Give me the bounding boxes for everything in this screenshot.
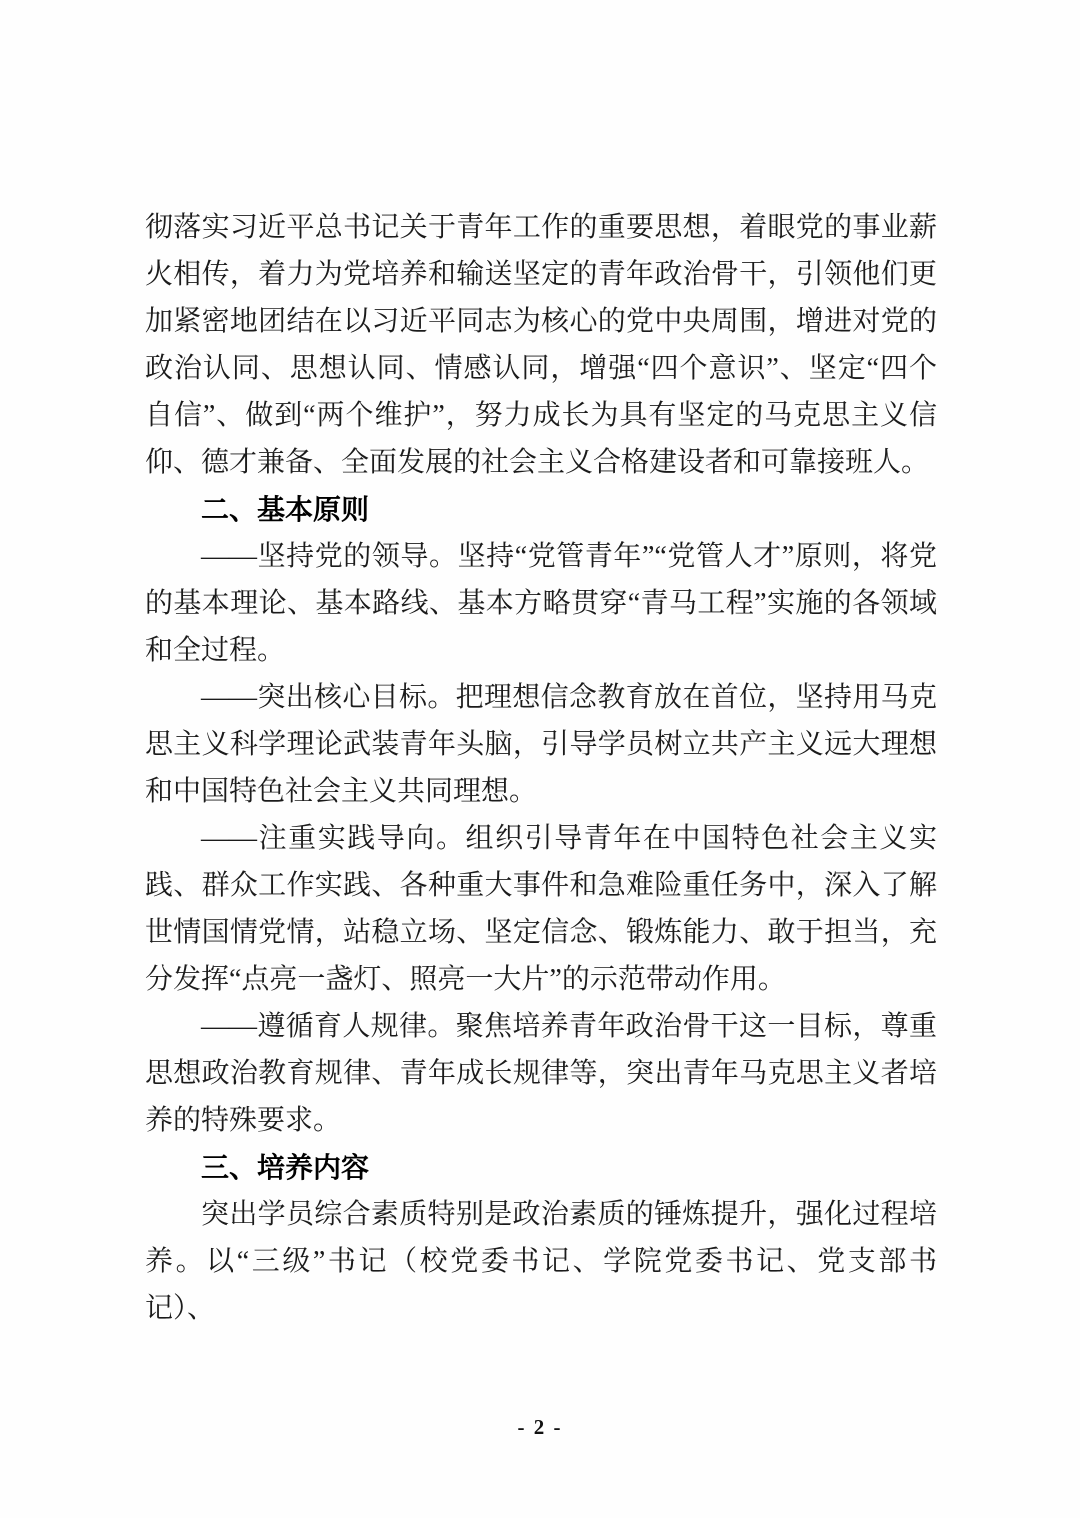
paragraph-training-content: 突出学员综合素质特别是政治素质的锤炼提升，强化过程培养。以“三级”书记（校党委书… bbox=[145, 1191, 937, 1332]
paragraph-practice-orientation: ——注重实践导向。组织引导青年在中国特色社会主义实践、群众工作实践、各种重大事件… bbox=[145, 815, 937, 1003]
paragraph-party-leadership: ——坚持党的领导。坚持“党管青年”“党管人才”原则，将党的基本理论、基本路线、基… bbox=[145, 533, 937, 674]
document-body: 彻落实习近平总书记关于青年工作的重要思想，着眼党的事业薪火相传，着力为党培养和输… bbox=[145, 204, 937, 1332]
paragraph-continuation: 彻落实习近平总书记关于青年工作的重要思想，着眼党的事业薪火相传，着力为党培养和输… bbox=[145, 204, 937, 486]
paragraph-education-law: ——遵循育人规律。聚焦培养青年政治骨干这一目标，尊重思想政治教育规律、青年成长规… bbox=[145, 1003, 937, 1144]
paragraph-core-goal: ——突出核心目标。把理想信念教育放在首位，坚持用马克思主义科学理论武装青年头脑，… bbox=[145, 674, 937, 815]
page-number: - 2 - bbox=[0, 1415, 1080, 1440]
document-page: 彻落实习近平总书记关于青年工作的重要思想，着眼党的事业薪火相传，着力为党培养和输… bbox=[0, 0, 1080, 1518]
section-heading-basic-principles: 二、基本原则 bbox=[145, 486, 937, 533]
section-heading-training-content: 三、培养内容 bbox=[145, 1144, 937, 1191]
